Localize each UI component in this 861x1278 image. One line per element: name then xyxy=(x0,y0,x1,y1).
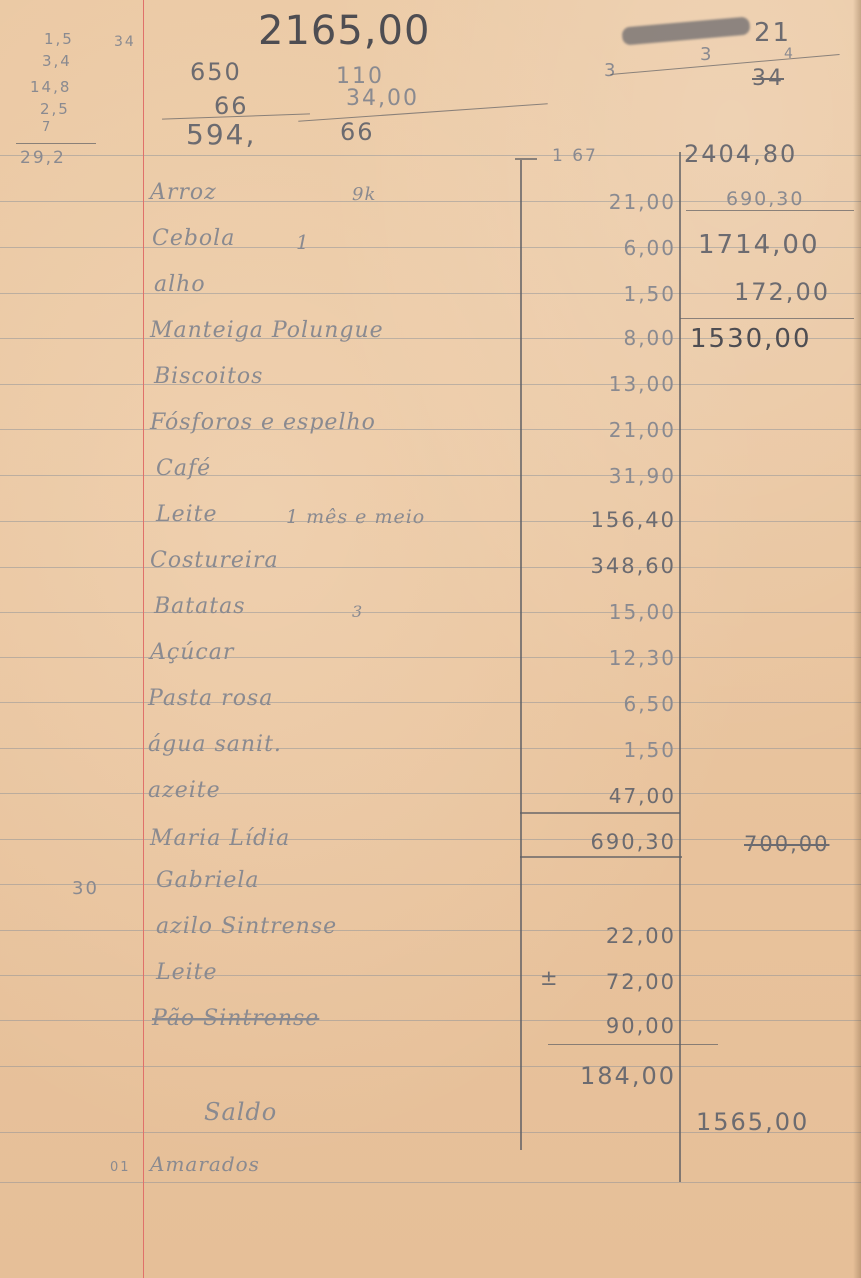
subtraction-1-a: 650 xyxy=(190,58,242,86)
item-label: Fósforos e espelho xyxy=(150,410,376,435)
ruled-line xyxy=(0,475,861,476)
sum-line xyxy=(16,143,96,144)
subtotal-amount: 690,30 xyxy=(540,830,676,854)
item-amount: 1,50 xyxy=(540,738,676,762)
subtotal-rule-top xyxy=(520,812,680,814)
balance-label: Saldo xyxy=(204,1098,277,1126)
column-tick xyxy=(515,158,537,160)
footer-date: 01 xyxy=(110,1160,131,1175)
item-amount: 13,00 xyxy=(540,372,676,396)
margin-sum-1: 1,5 xyxy=(44,30,74,48)
red-margin-line xyxy=(143,0,144,1278)
subtotal-right-struck: 700,00 xyxy=(744,832,829,856)
subtotal-rule-bottom xyxy=(520,856,682,858)
item-qty: 1 xyxy=(296,230,310,254)
top-left-note: 34 xyxy=(114,34,136,50)
item-label: Biscoitos xyxy=(154,364,263,389)
ruled-line xyxy=(0,793,861,794)
ruled-line xyxy=(0,384,861,385)
item-qty: 3 xyxy=(352,602,363,621)
item-label: Batatas xyxy=(154,594,246,619)
item-amount: 31,90 xyxy=(540,464,676,488)
item-amount: 156,40 xyxy=(540,508,676,532)
margin-sum-total: 29,2 xyxy=(20,148,66,168)
section-2-item-label-struck: Pão Sintrense xyxy=(152,1006,319,1031)
item-qty: 1 mês e meio xyxy=(286,506,425,528)
item-amount: 12,30 xyxy=(540,646,676,670)
balance-amount: 1565,00 xyxy=(696,1108,809,1136)
margin-sum-5: 7 xyxy=(42,120,52,135)
item-amount: 348,60 xyxy=(540,554,676,578)
ruled-line xyxy=(0,702,861,703)
subtraction-2-b: 34,00 xyxy=(346,86,419,111)
item-amount: 6,50 xyxy=(540,692,676,716)
right-minus: 690,30 xyxy=(726,188,804,210)
erased-smudge xyxy=(621,16,750,45)
top-right-e: 34 xyxy=(752,66,784,91)
item-label: Pasta rosa xyxy=(148,686,273,711)
top-right-b: 3 xyxy=(700,44,713,65)
top-right-a: 21 xyxy=(754,18,791,48)
subtraction-2-line xyxy=(298,103,547,121)
item-amount: 1,50 xyxy=(540,282,676,306)
item-label: água sanit. xyxy=(148,732,282,757)
right-result-1: 1714,00 xyxy=(698,230,820,260)
right-result-2: 1530,00 xyxy=(690,324,812,354)
item-label: Manteiga Polungue xyxy=(150,318,384,343)
item-label: Açúcar xyxy=(150,640,234,665)
item-label: Arroz xyxy=(150,180,217,205)
ruled-line xyxy=(0,1182,861,1183)
margin-sum-3: 14,8 xyxy=(30,78,71,96)
ruled-line xyxy=(0,657,861,658)
right-line-1 xyxy=(686,210,854,211)
item-label: alho xyxy=(154,272,206,297)
ruled-line xyxy=(0,521,861,522)
item-qty: 9k xyxy=(352,184,376,205)
ruled-line xyxy=(0,930,861,931)
ruled-line xyxy=(0,429,861,430)
top-right-c: 3 xyxy=(604,60,617,81)
ledger-page: 2165,00 34 1,5 3,4 14,8 2,5 7 29,2 650 6… xyxy=(0,0,861,1278)
section-2-item-label: azilo Sintrense xyxy=(156,914,337,939)
item-amount: 21,00 xyxy=(540,418,676,442)
right-opening: 2404,80 xyxy=(684,140,797,168)
margin-sum-2: 3,4 xyxy=(42,52,72,70)
ruled-line xyxy=(0,567,861,568)
column-header-mid: 1 67 xyxy=(552,146,598,166)
section-2-date: 30 xyxy=(72,878,99,899)
item-label: Cebola xyxy=(152,226,235,251)
ruled-line xyxy=(0,612,861,613)
amount-column-divider xyxy=(520,160,522,1150)
item-amount: 8,00 xyxy=(540,326,676,350)
ruled-line xyxy=(0,1020,861,1021)
item-label: azeite xyxy=(148,778,221,803)
item-amount: 21,00 xyxy=(540,190,676,214)
total-column-divider xyxy=(679,152,681,1182)
ruled-line xyxy=(0,975,861,976)
item-label: Café xyxy=(156,456,211,481)
ruled-line xyxy=(0,748,861,749)
item-amount: 47,00 xyxy=(540,784,676,808)
footer-label: Amarados xyxy=(150,1152,260,1176)
top-right-d: 4 xyxy=(784,46,795,62)
right-minus-2: 172,00 xyxy=(734,278,830,306)
item-label: Leite xyxy=(156,502,218,527)
ruled-line xyxy=(0,884,861,885)
section-2-item-amount: 90,00 xyxy=(540,1014,676,1038)
item-label: Costureira xyxy=(150,548,279,573)
section-2-item-label: Leite xyxy=(156,960,218,985)
subtraction-2-result: 66 xyxy=(340,118,375,146)
section-2-heading: Gabriela xyxy=(156,868,260,893)
top-total: 2165,00 xyxy=(258,8,430,54)
section-2-sum-line xyxy=(548,1044,718,1045)
item-amount: 15,00 xyxy=(540,600,676,624)
top-right-line xyxy=(610,54,839,75)
subtraction-1-result: 594, xyxy=(186,118,256,151)
ruled-line xyxy=(0,839,861,840)
right-line-2 xyxy=(680,318,854,319)
item-amount: 6,00 xyxy=(540,236,676,260)
section-2-subtotal: 184,00 xyxy=(540,1062,676,1090)
subtotal-label: Maria Lídia xyxy=(150,826,290,851)
ruled-line xyxy=(0,293,861,294)
margin-sum-4: 2,5 xyxy=(40,100,70,118)
section-2-item-amount: 22,00 xyxy=(540,924,676,948)
ruled-line xyxy=(0,1066,861,1067)
section-2-item-amount: 72,00 xyxy=(540,970,676,994)
